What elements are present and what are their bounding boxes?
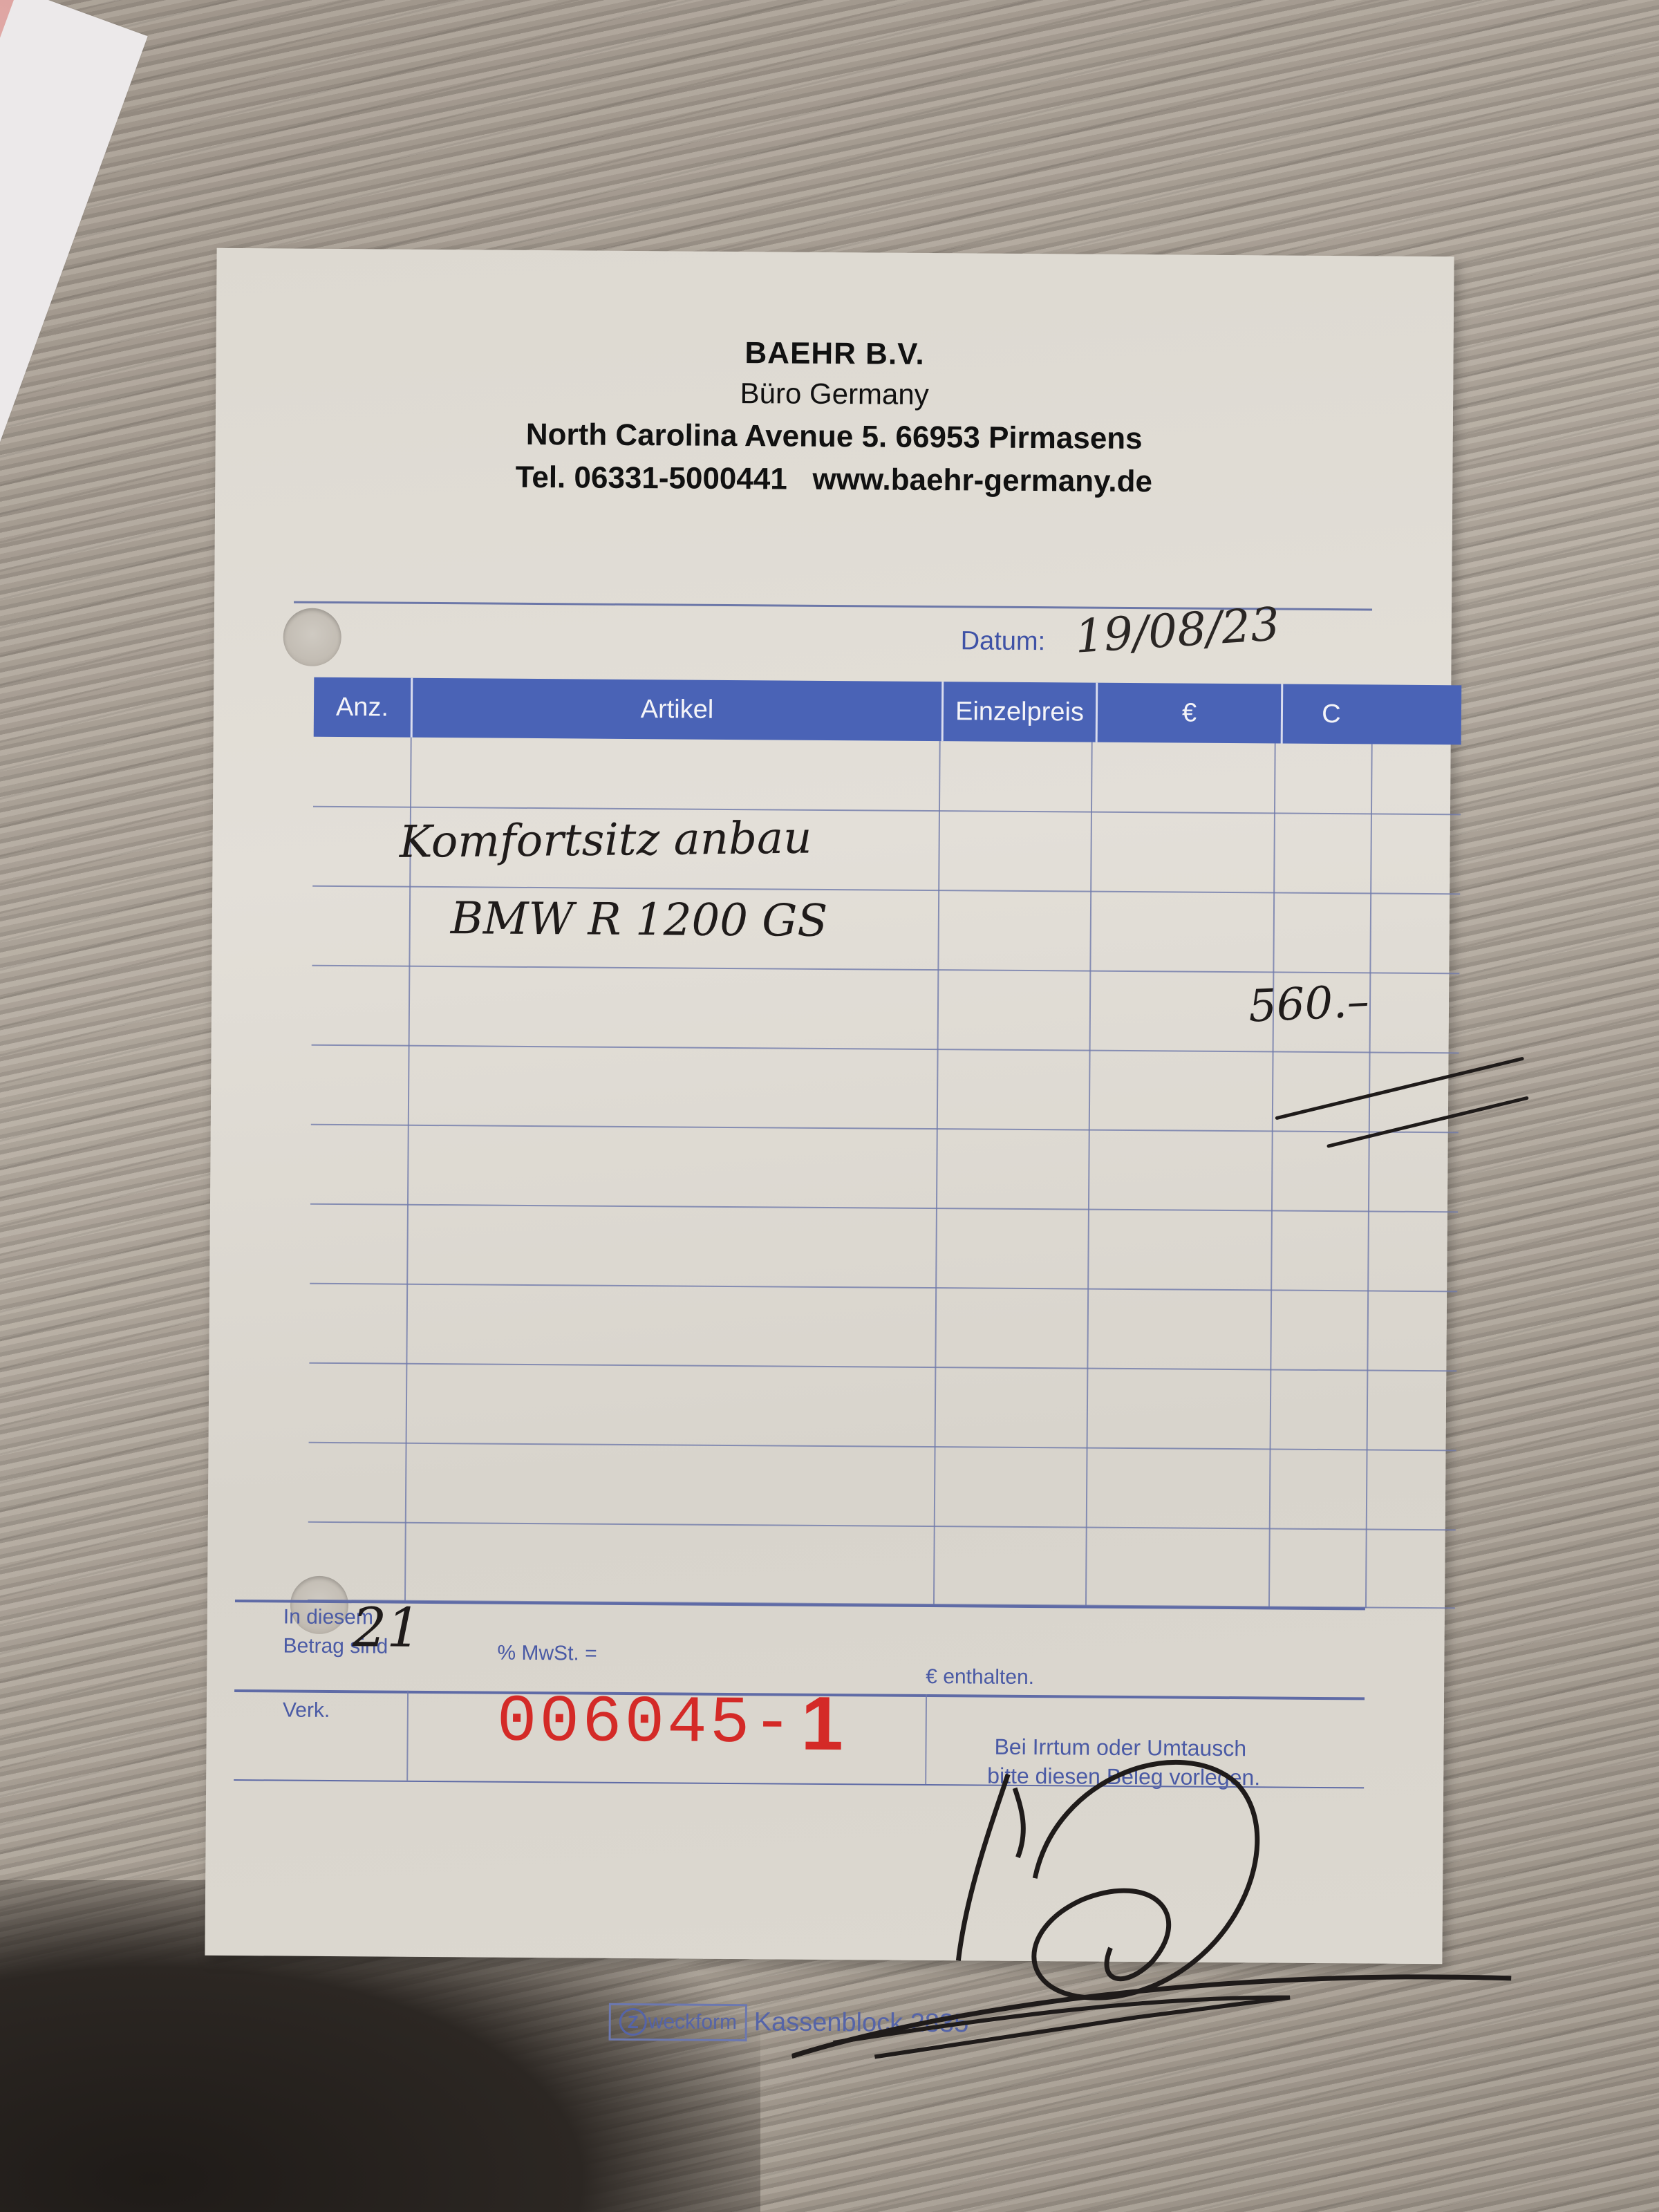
company-header: BAEHR B.V. Büro Germany North Carolina A… bbox=[215, 331, 1454, 505]
brand-logo: Zweckform bbox=[609, 2003, 748, 2041]
brand-logo-text: weckform bbox=[648, 2010, 738, 2034]
row-divider bbox=[309, 1442, 1456, 1452]
zweckform-logo-icon: Z bbox=[619, 2008, 647, 2036]
column-divider bbox=[933, 741, 941, 1605]
row-divider bbox=[312, 1044, 1459, 1054]
table-body: Komfortsitz anbau BMW R 1200 GS 560.– bbox=[308, 737, 1461, 1609]
col-header-unit-price: Einzelpreis bbox=[944, 682, 1098, 742]
col-header-qty: Anz. bbox=[314, 677, 413, 738]
col-header-euro: € bbox=[1098, 683, 1284, 744]
item-article-line2: BMW R 1200 GS bbox=[451, 893, 828, 947]
phone-label: Tel. bbox=[516, 460, 566, 495]
receipt: BAEHR B.V. Büro Germany North Carolina A… bbox=[205, 248, 1454, 1964]
row-divider bbox=[310, 1283, 1457, 1293]
void-strike-line bbox=[1327, 1096, 1529, 1148]
column-divider bbox=[1085, 742, 1093, 1606]
table-header: Anz. Artikel Einzelpreis € C bbox=[314, 677, 1462, 745]
date-label: Datum: bbox=[961, 626, 1046, 657]
seller-label: Verk. bbox=[283, 1696, 330, 1724]
item-article-line1: Komfortsitz anbau bbox=[399, 813, 812, 868]
website: www.baehr-germany.de bbox=[812, 462, 1152, 498]
row-divider bbox=[313, 806, 1461, 816]
footer-divider bbox=[406, 1691, 409, 1781]
void-strike-line bbox=[1275, 1057, 1524, 1121]
row-divider bbox=[311, 1124, 1459, 1134]
other-paper-red-mark bbox=[0, 0, 18, 444]
col-header-article: Artikel bbox=[413, 678, 944, 741]
column-divider bbox=[1268, 743, 1276, 1607]
col-header-cent: C bbox=[1283, 684, 1380, 744]
tax-rate: 21 bbox=[352, 1597, 421, 1660]
serial-number: 006045- bbox=[496, 1685, 795, 1762]
other-paper-sheet bbox=[0, 0, 148, 530]
punch-hole-top bbox=[283, 608, 341, 666]
items-table: Anz. Artikel Einzelpreis € C Komfortsitz… bbox=[308, 677, 1461, 1609]
row-divider bbox=[312, 965, 1459, 975]
column-divider bbox=[1365, 744, 1373, 1608]
company-contact: Tel. 06331-5000441 www.baehr-germany.de bbox=[215, 454, 1452, 505]
item-price-euro: 560.– bbox=[1247, 976, 1370, 1033]
signature-icon bbox=[791, 1669, 1520, 2103]
row-divider bbox=[310, 1203, 1458, 1213]
mwst-label: % MwSt. = bbox=[497, 1640, 597, 1668]
row-divider bbox=[308, 1521, 1456, 1531]
row-divider bbox=[309, 1362, 1456, 1372]
phone-number: 06331-5000441 bbox=[574, 460, 787, 496]
